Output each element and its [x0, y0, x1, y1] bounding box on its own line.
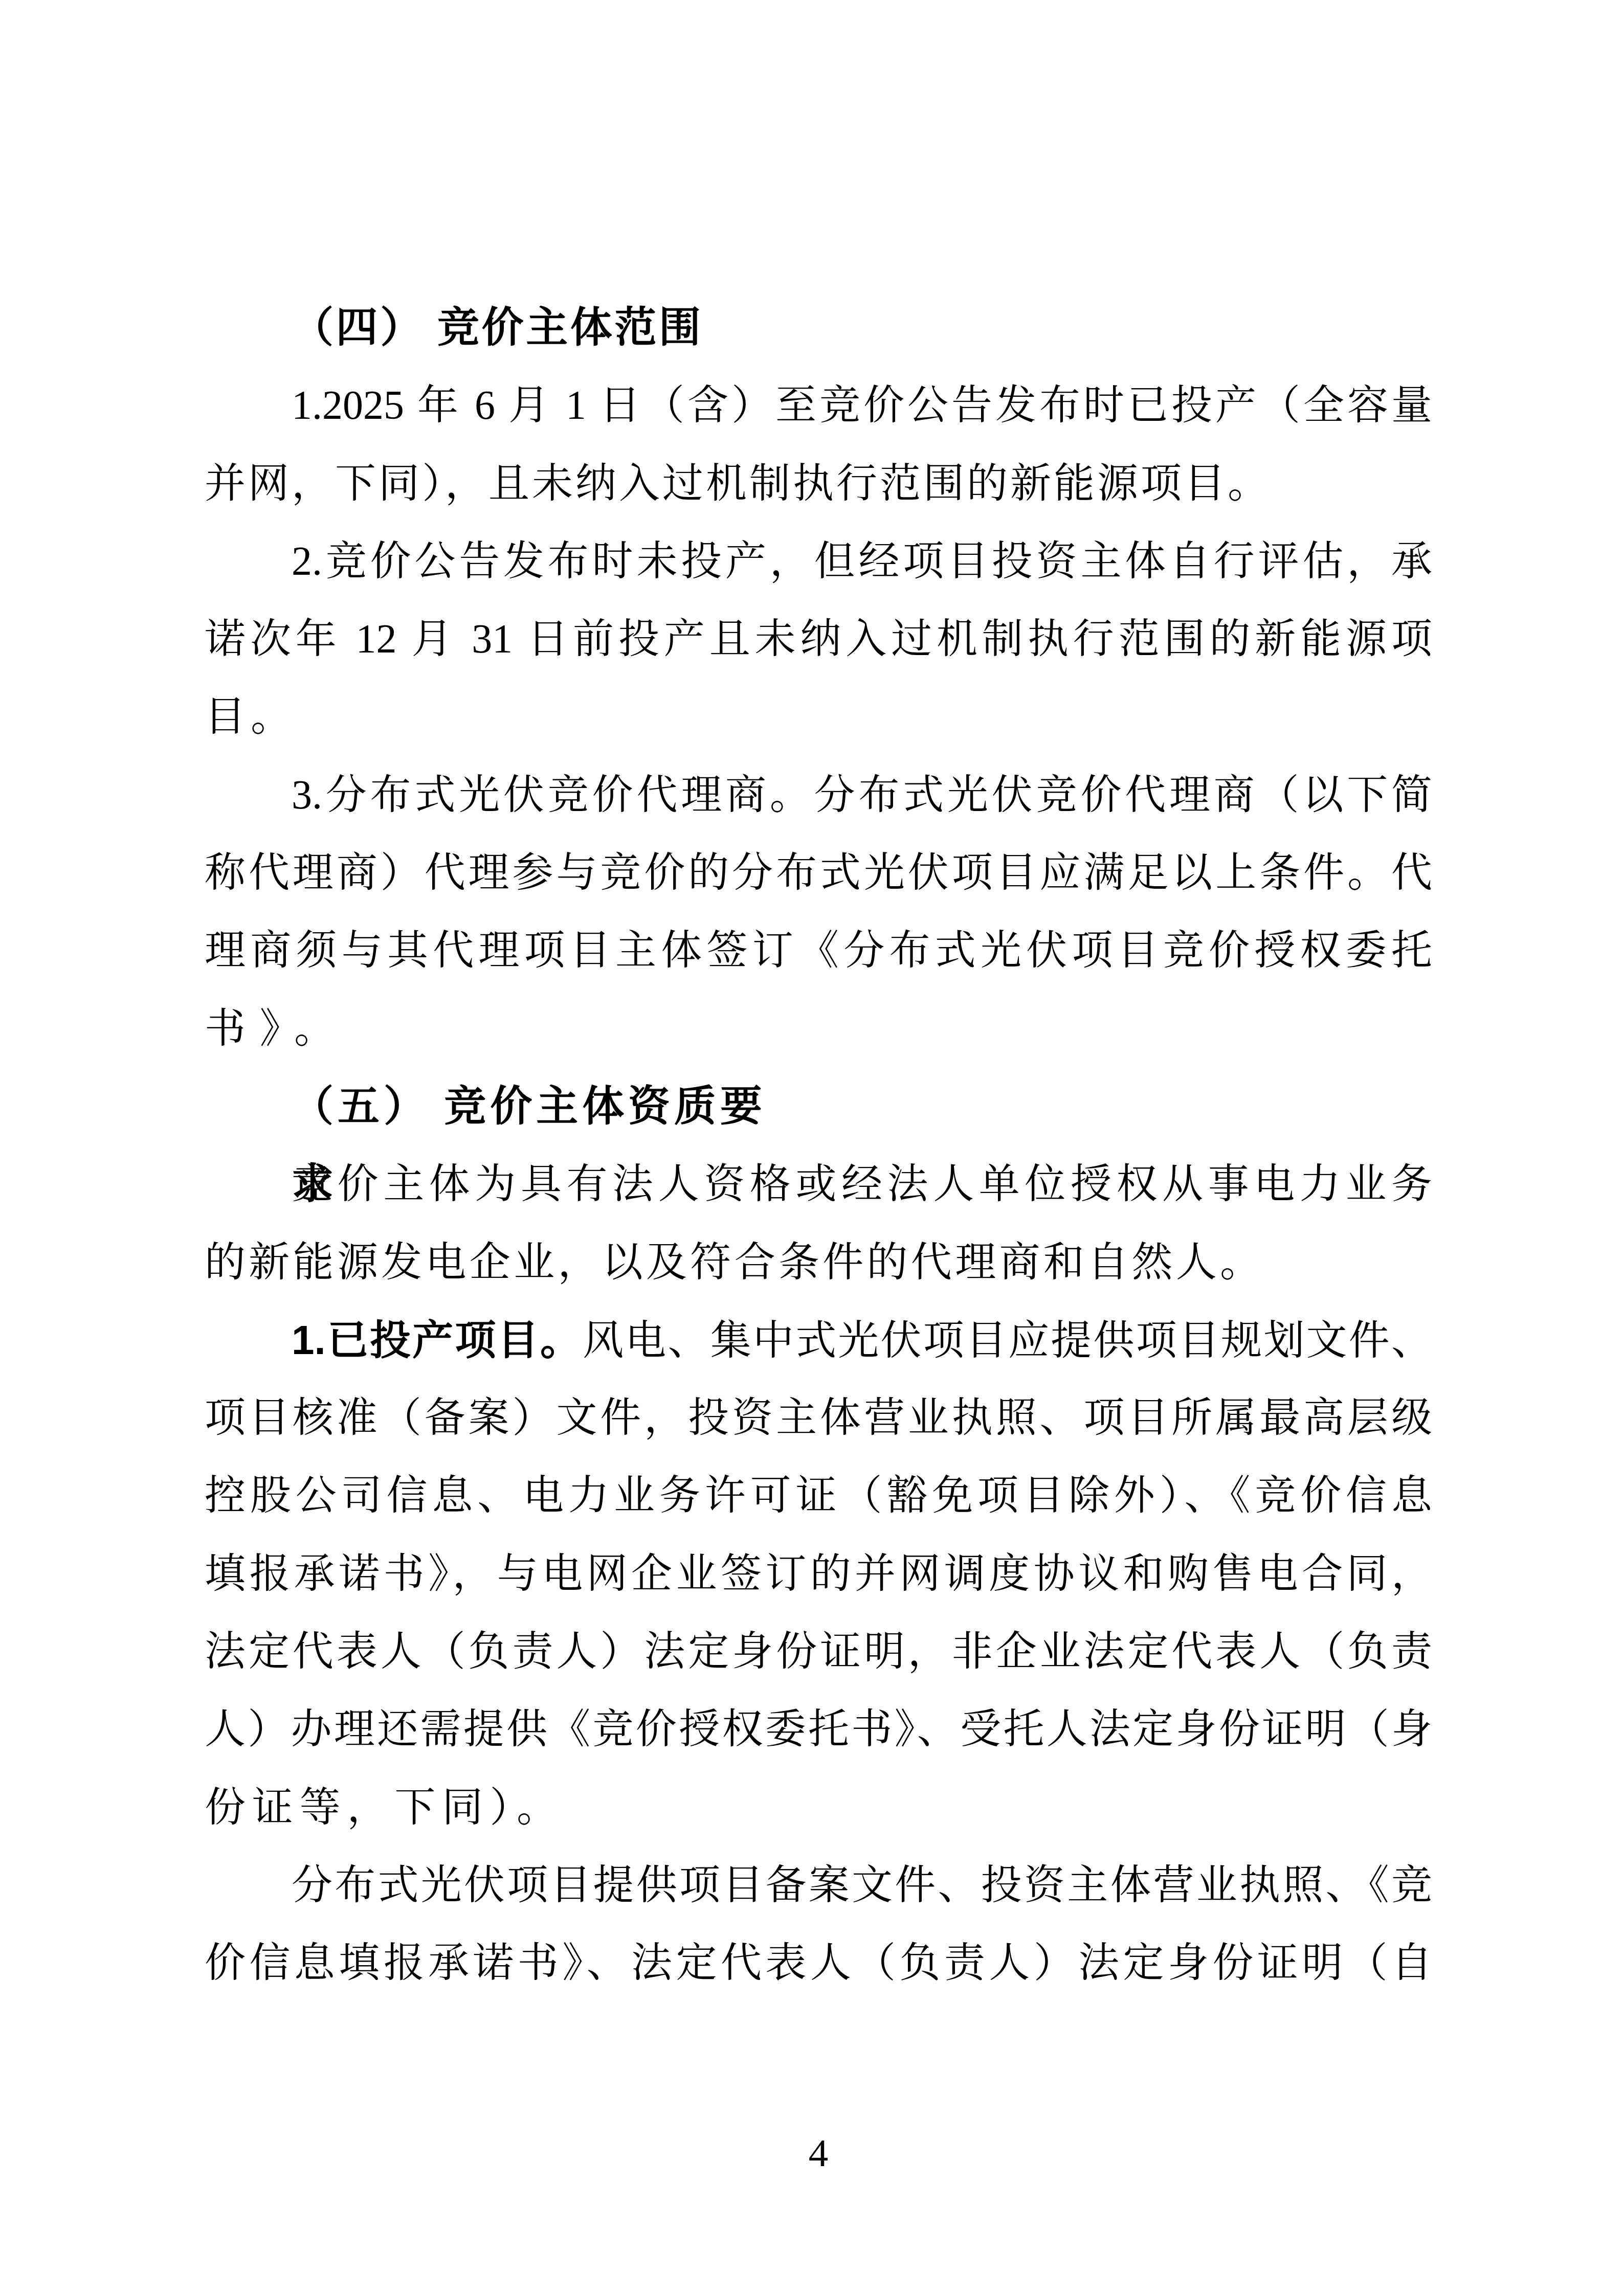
page-footer: 4	[205, 2130, 1432, 2176]
text-line: 的新能源发电企业，以及符合条件的代理商和自然人。	[205, 1224, 1261, 1301]
text-line: 份证等，下同）。	[205, 1769, 558, 1847]
text-run: （四） 竞价主体范围	[292, 304, 701, 351]
text-run: 目。	[205, 694, 292, 739]
text-run: 项目核准（备案）文件，投资主体营业执照、项目所属最高层级	[205, 1395, 1432, 1440]
text-line: 竞价主体为具有法人资格或经法人单位授权从事电力业务	[205, 1145, 1432, 1223]
text-run: 填报承诺书》，与电网企业签订的并网调度协议和购售电合同，	[205, 1551, 1432, 1596]
text-line: 法定代表人（负责人）法定身份证明，非企业法定代表人（负责	[205, 1613, 1432, 1691]
section-heading: （四） 竞价主体范围	[205, 289, 701, 367]
document-page: （四） 竞价主体范围1.2025 年 6 月 1 日（含）至竞价公告发布时已投产…	[0, 0, 1624, 2296]
text-run: 的新能源发电企业，以及符合条件的代理商和自然人。	[205, 1240, 1261, 1285]
text-line: 分布式光伏项目提供项目备案文件、投资主体营业执照、《竞	[205, 1847, 1432, 1924]
text-run: 法定代表人（负责人）法定身份证明，非企业法定代表人（负责	[205, 1629, 1432, 1674]
text-line: 1.已投产项目。风电、集中式光伏项目应提供项目规划文件、	[205, 1301, 1432, 1379]
text-run: 控股公司信息、电力业务许可证（豁免项目除外）、《竞价信息	[205, 1473, 1432, 1518]
text-line: 项目核准（备案）文件，投资主体营业执照、项目所属最高层级	[205, 1379, 1432, 1457]
text-line: 2.竞价公告发布时未投产，但经项目投资主体自行评估，承	[205, 523, 1432, 600]
document-body: （四） 竞价主体范围1.2025 年 6 月 1 日（含）至竞价公告发布时已投产…	[205, 289, 1432, 2002]
text-run: 人）办理还需提供《竞价授权委托书》、受托人法定身份证明（身	[205, 1707, 1432, 1752]
text-run: 诺次年 12 月 31 日前投产且未纳入过机制执行范围的新能源项	[205, 617, 1432, 662]
text-line: 并网，下同），且未纳入过机制执行范围的新能源项目。	[205, 445, 1269, 523]
text-run: 书》。	[205, 1006, 335, 1051]
text-run: 称代理商）代理参与竞价的分布式光伏项目应满足以上条件。代	[205, 850, 1432, 895]
text-run: 价信息填报承诺书》、法定代表人（负责人）法定身份证明（自	[205, 1941, 1432, 1986]
text-run: 3.分布式光伏竞价代理商。分布式光伏竞价代理商（以下简	[292, 773, 1432, 818]
section-heading: （五） 竞价主体资质要求	[205, 1068, 762, 1145]
text-line: 诺次年 12 月 31 日前投产且未纳入过机制执行范围的新能源项	[205, 600, 1432, 678]
text-line: 理商须与其代理项目主体签订《分布式光伏项目竞价授权委托	[205, 912, 1432, 989]
text-run: 2.竞价公告发布时未投产，但经项目投资主体自行评估，承	[292, 539, 1432, 584]
text-line: 目。	[205, 678, 292, 756]
text-line: 价信息填报承诺书》、法定代表人（负责人）法定身份证明（自	[205, 1924, 1432, 2002]
text-run: 1.2025 年 6 月 1 日（含）至竞价公告发布时已投产（全容量	[292, 383, 1432, 428]
text-line: 控股公司信息、电力业务许可证（豁免项目除外）、《竞价信息	[205, 1457, 1432, 1535]
page-number: 4	[809, 2131, 829, 2175]
text-run: 份证等，下同）。	[205, 1785, 558, 1830]
text-line: 1.2025 年 6 月 1 日（含）至竞价公告发布时已投产（全容量	[205, 367, 1432, 444]
text-line: 人）办理还需提供《竞价授权委托书》、受托人法定身份证明（身	[205, 1691, 1432, 1768]
text-run: 并网，下同），且未纳入过机制执行范围的新能源项目。	[205, 461, 1269, 506]
bold-run: 1.已投产项目。	[292, 1317, 583, 1363]
text-run: 竞价主体为具有法人资格或经法人单位授权从事电力业务	[292, 1162, 1432, 1207]
text-run: 理商须与其代理项目主体签订《分布式光伏项目竞价授权委托	[205, 928, 1432, 973]
text-line: 填报承诺书》，与电网企业签订的并网调度协议和购售电合同，	[205, 1535, 1432, 1613]
text-run: 分布式光伏项目提供项目备案文件、投资主体营业执照、《竞	[292, 1863, 1432, 1908]
text-run: 风电、集中式光伏项目应提供项目规划文件、	[583, 1318, 1432, 1363]
text-line: 3.分布式光伏竞价代理商。分布式光伏竞价代理商（以下简	[205, 756, 1432, 834]
text-line: 书》。	[205, 990, 335, 1068]
text-line: 称代理商）代理参与竞价的分布式光伏项目应满足以上条件。代	[205, 834, 1432, 912]
